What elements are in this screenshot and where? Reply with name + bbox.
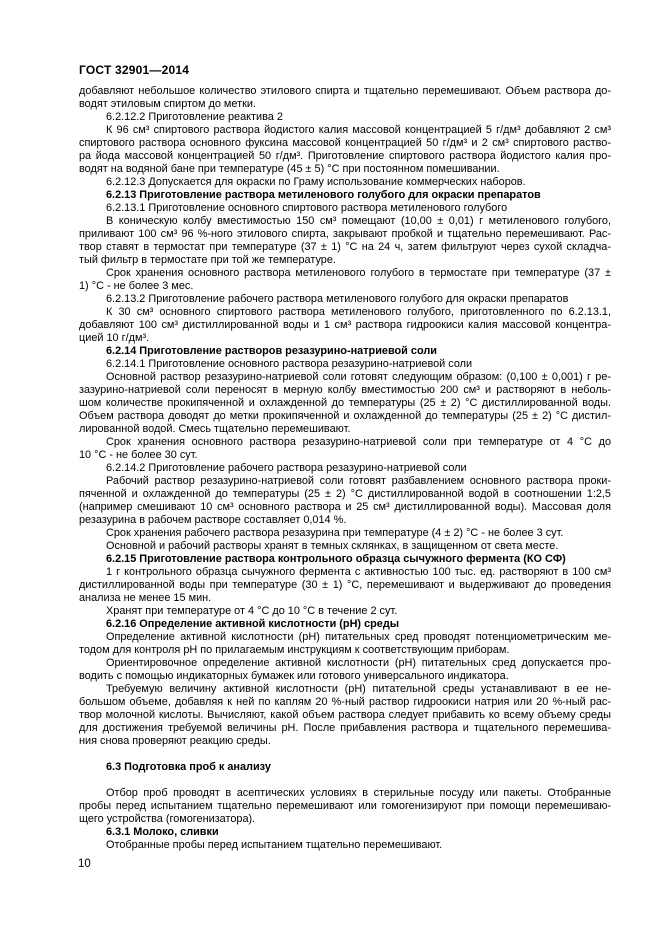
paragraph: 6.2.14.1 Приготовление основного раствор… <box>79 358 611 371</box>
paragraph: Отбор проб проводят в асептических услов… <box>79 787 611 826</box>
text-line: Отбор проб проводят в асептических услов… <box>79 787 611 800</box>
text-line: ра йода массовой концентрацией 50 г/дм³.… <box>79 150 611 163</box>
text-line: щего устройства (гомогенизатора). <box>79 813 611 826</box>
text-line: 6.2.14.1 Приготовление основного раствор… <box>79 358 611 371</box>
text-line: 6.2.12.3 Допускается для окраски по Грам… <box>79 176 611 189</box>
text-line: Рабочий раствор резазурино-натриевой сол… <box>79 475 611 488</box>
text-line: 6.2.12.2 Приготовление реактива 2 <box>79 111 611 124</box>
text-line: лированной водой. Смесь тщательно переме… <box>79 423 611 436</box>
text-line: шом количестве прокипяченной и охлажденн… <box>79 397 611 410</box>
paragraph: Хранят при температуре от 4 °С до 10 °С … <box>79 605 611 618</box>
section-heading: 6.2.13 Приготовление раствора метиленово… <box>79 189 611 202</box>
text-line: водят на водяной бане при температуре (4… <box>79 163 611 176</box>
section-heading: 6.3.1 Молоко, сливки <box>79 826 611 839</box>
document-body: добавляют небольшое количество этилового… <box>79 85 611 852</box>
text-line: 6.2.14 Приготовление растворов резазурин… <box>79 345 611 358</box>
text-line: анализа не менее 15 мин. <box>79 592 611 605</box>
paragraph: Основной раствор резазурино-натриевой со… <box>79 371 611 436</box>
text-line: пяченной и охлажденной до температуры (2… <box>79 488 611 501</box>
text-line: Основной и рабочий растворы хранят в тем… <box>79 540 611 553</box>
text-line: 6.3.1 Молоко, сливки <box>79 826 611 839</box>
paragraph: Требуемую величину активной кислотности … <box>79 683 611 748</box>
text-line: добавляют небольшое количество этилового… <box>79 85 611 98</box>
text-line: ния снова проверяют реакцию среды. <box>79 735 611 748</box>
text-line: Ориентировочное определение активной кис… <box>79 657 611 670</box>
paragraph: Срок хранения рабочего раствора резазури… <box>79 527 611 540</box>
text-line: 6.2.13.1 Приготовление основного спиртов… <box>79 202 611 215</box>
text-line: тый фильтр в термостате при той же темпе… <box>79 254 611 267</box>
text-line: 6.3 Подготовка проб к анализу <box>79 761 611 774</box>
text-line: дистиллированной воды при температуре (3… <box>79 579 611 592</box>
text-line: резазурина в рабочем растворе составляет… <box>79 514 611 527</box>
text-line: Объем раствора доводят до метки прокипяч… <box>79 410 611 423</box>
text-line: Хранят при температуре от 4 °С до 10 °С … <box>79 605 611 618</box>
paragraph: 6.2.12.2 Приготовление реактива 2 <box>79 111 611 124</box>
text-line: тодом для контроля pH по прилагаемым инс… <box>79 644 611 657</box>
text-line: цией 10 г/дм³. <box>79 332 611 345</box>
paragraph: Срок хранения основного раствора метилен… <box>79 267 611 293</box>
paragraph: 6.2.12.3 Допускается для окраски по Грам… <box>79 176 611 189</box>
paragraph: В коническую колбу вместимостью 150 см³ … <box>79 215 611 267</box>
text-line: 1) °С - не более 3 мес. <box>79 280 611 293</box>
paragraph: 1 г контрольного образца сычужного ферме… <box>79 566 611 605</box>
text-line: большом объеме, добавляя к ней по каплям… <box>79 696 611 709</box>
text-line: приливают 100 см³ 96 %-ного этилового сп… <box>79 228 611 241</box>
paragraph: Определение активной кислотности (pH) пи… <box>79 631 611 657</box>
text-line: водить с помощью индикаторных бумажек ил… <box>79 670 611 683</box>
text-line: Основной раствор резазурино-натриевой со… <box>79 371 611 384</box>
text-line: добавляют 100 см³ дистиллированной воды … <box>79 319 611 332</box>
text-line: (например смешивают 10 см³ основного рас… <box>79 501 611 514</box>
paragraph: К 30 см³ основного спиртового раствора м… <box>79 306 611 345</box>
page-number: 10 <box>78 858 91 870</box>
section-heading: 6.2.15 Приготовление раствора контрольно… <box>79 553 611 566</box>
paragraph: добавляют небольшое количество этилового… <box>79 85 611 111</box>
text-line: Срок хранения рабочего раствора резазури… <box>79 527 611 540</box>
text-line: водят этиловым спиртом до метки. <box>79 98 611 111</box>
text-line: В коническую колбу вместимостью 150 см³ … <box>79 215 611 228</box>
paragraph: Основной и рабочий растворы хранят в тем… <box>79 540 611 553</box>
text-line: твор молочной кислоты. Вычисляют, какой … <box>79 709 611 722</box>
text-line: 6.2.15 Приготовление раствора контрольно… <box>79 553 611 566</box>
text-line: пробы перед испытанием тщательно перемеш… <box>79 800 611 813</box>
text-line: 10 °С - не более 30 сут. <box>79 449 611 462</box>
text-line: К 96 см³ спиртового раствора йодистого к… <box>79 124 611 137</box>
text-line: 6.2.13.2 Приготовление рабочего раствора… <box>79 293 611 306</box>
text-line: Срок хранения основного раствора метилен… <box>79 267 611 280</box>
text-line: 1 г контрольного образца сычужного ферме… <box>79 566 611 579</box>
paragraph: Рабочий раствор резазурино-натриевой сол… <box>79 475 611 527</box>
section-heading: 6.3 Подготовка проб к анализу <box>79 761 611 774</box>
paragraph: Отобранные пробы перед испытанием тщател… <box>79 839 611 852</box>
paragraph: 6.2.13.2 Приготовление рабочего раствора… <box>79 293 611 306</box>
paragraph: К 96 см³ спиртового раствора йодистого к… <box>79 124 611 176</box>
paragraph: Ориентировочное определение активной кис… <box>79 657 611 683</box>
document-header: ГОСТ 32901—2014 <box>79 63 189 77</box>
text-line: Определение активной кислотности (pH) пи… <box>79 631 611 644</box>
paragraph: 6.2.14.2 Приготовление рабочего раствора… <box>79 462 611 475</box>
text-line: К 30 см³ основного спиртового раствора м… <box>79 306 611 319</box>
text-line: Срок хранения основного раствора резазур… <box>79 436 611 449</box>
text-line: твор ставят в термостат при температуре … <box>79 241 611 254</box>
text-line: для достижения требуемой величины pH. По… <box>79 722 611 735</box>
paragraph: Срок хранения основного раствора резазур… <box>79 436 611 462</box>
text-line: спиртового раствора основного фуксина ма… <box>79 137 611 150</box>
text-line: зазурино-натриевой соли переносят в мерн… <box>79 384 611 397</box>
text-line: 6.2.16 Определение активной кислотности … <box>79 618 611 631</box>
document-page: ГОСТ 32901—2014 добавляют небольшое коли… <box>0 0 661 935</box>
paragraph: 6.2.13.1 Приготовление основного спиртов… <box>79 202 611 215</box>
section-heading: 6.2.14 Приготовление растворов резазурин… <box>79 345 611 358</box>
section-heading: 6.2.16 Определение активной кислотности … <box>79 618 611 631</box>
text-line: 6.2.13 Приготовление раствора метиленово… <box>79 189 611 202</box>
text-line: Отобранные пробы перед испытанием тщател… <box>79 839 611 852</box>
text-line: Требуемую величину активной кислотности … <box>79 683 611 696</box>
text-line: 6.2.14.2 Приготовление рабочего раствора… <box>79 462 611 475</box>
